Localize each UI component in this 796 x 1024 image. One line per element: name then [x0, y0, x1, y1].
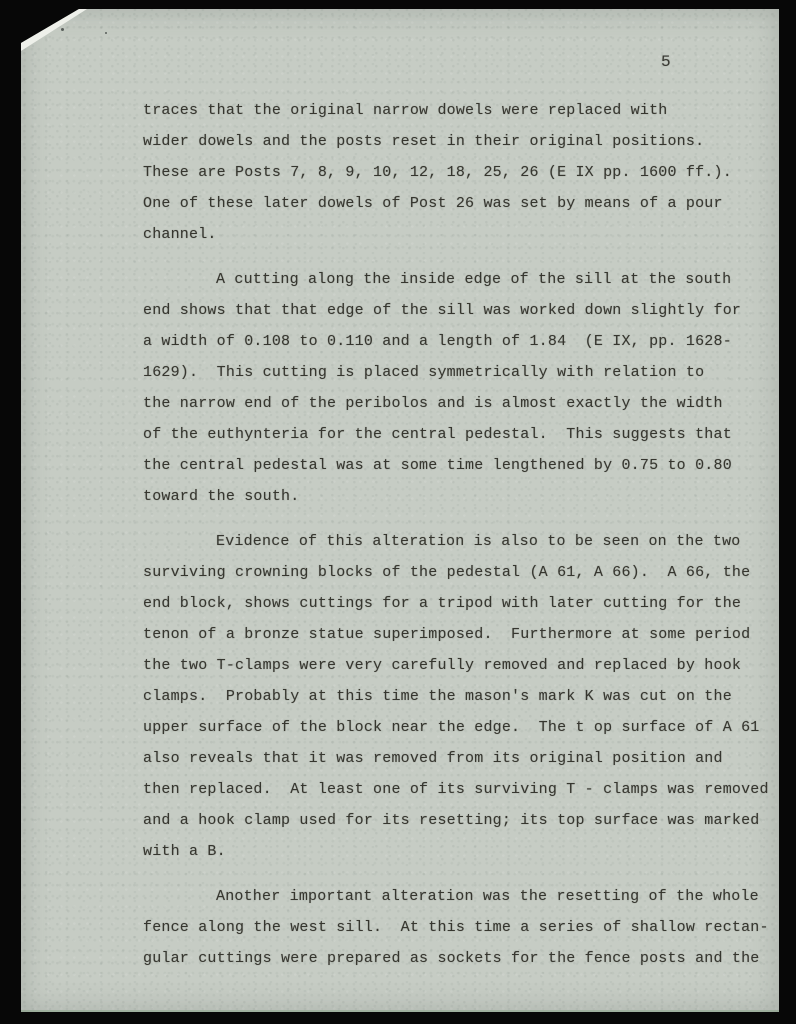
- folded-corner: [21, 9, 91, 54]
- body-paragraph-4: Another important alteration was the res…: [143, 881, 773, 974]
- page-number: 5: [661, 53, 671, 71]
- paper-speck: [105, 32, 107, 34]
- document-page: 5 traces that the original narrow dowels…: [21, 9, 779, 1012]
- scanner-background: 5 traces that the original narrow dowels…: [0, 0, 796, 1024]
- body-paragraph-1: traces that the original narrow dowels w…: [143, 95, 773, 250]
- paper-speck: [61, 28, 64, 31]
- body-paragraph-3: Evidence of this alteration is also to b…: [143, 526, 773, 867]
- typewritten-text-block: traces that the original narrow dowels w…: [143, 95, 773, 988]
- body-paragraph-2: A cutting along the inside edge of the s…: [143, 264, 773, 512]
